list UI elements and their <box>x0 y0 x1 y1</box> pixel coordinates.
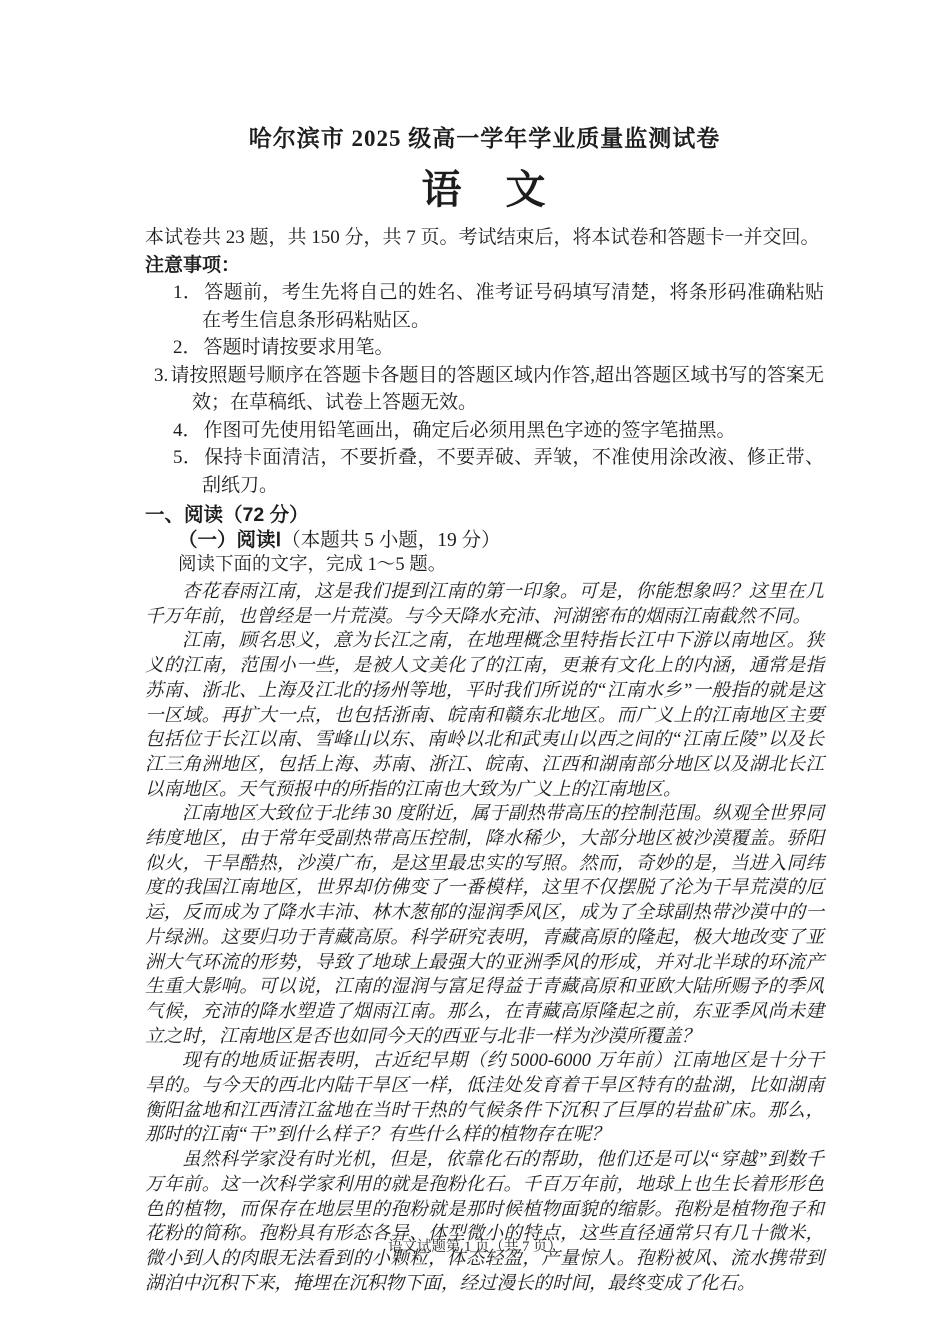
notice-item-3: 3.请按照题号顺序在答题卡各题目的答题区域内作答,超出答题区域书写的答案无效；在… <box>145 362 824 417</box>
passage-paragraph-1: 杏花春雨江南，这是我们提到江南的第一印象。可是，你能想象吗？这里在几千万年前，也… <box>145 580 824 629</box>
section-1-heading: 一、阅读（72 分） <box>145 502 824 528</box>
passage-paragraph-2: 江南，顾名思义，意为长江之南，在地理概念里特指长江中下游以南地区。狭义的江南，范… <box>145 629 824 802</box>
notice-item-2: 2．答题时请按要求用笔。 <box>145 334 824 362</box>
reading-1-heading-rest: （本题共 5 小题，19 分） <box>281 530 500 551</box>
notice-text: 答题时请按要求用笔。 <box>204 337 394 358</box>
notice-item-5: 5．保持卡面清洁，不要折叠，不要弄破、弄皱，不准使用涂改液、修正带、刮纸刀。 <box>145 444 824 499</box>
notice-item-4: 4．作图可先使用铅笔画出，确定后必须用黑色字迹的签字笔描黑。 <box>145 417 824 445</box>
notice-item-1: 1．答题前，考生先将自己的姓名、准考证号码填写清楚，将条形码准确粘贴在考生信息条… <box>145 279 824 334</box>
notice-text: 答题前，考生先将自己的姓名、准考证号码填写清楚，将条形码准确粘贴在考生信息条形码… <box>202 282 824 331</box>
subject-title: 语 文 <box>145 166 824 214</box>
page-footer: 语文试题第 1 页（共 7 页） <box>0 1235 950 1256</box>
passage-paragraph-4: 现有的地质证据表明，古近纪早期（约 5000-6000 万年前）江南地区是十分干… <box>145 1049 824 1148</box>
notice-number: 5． <box>173 447 202 468</box>
notice-text: 作图可先使用铅笔画出，确定后必须用黑色字迹的签字笔描黑。 <box>204 420 736 441</box>
notice-number: 1． <box>173 282 202 303</box>
notice-text: 保持卡面清洁，不要折叠，不要弄破、弄皱，不准使用涂改液、修正带、刮纸刀。 <box>202 447 824 496</box>
notice-number: 2． <box>173 337 202 358</box>
reading-1-heading-bold: （一）阅读Ⅰ <box>178 529 281 551</box>
notice-heading: 注意事项： <box>145 252 824 280</box>
document-title: 哈尔滨市 2025 级高一学年学业质量监测试卷 <box>145 124 824 154</box>
exam-paper-page: 哈尔滨市 2025 级高一学年学业质量监测试卷 语 文 本试卷共 23 题，共 … <box>0 0 950 1344</box>
exam-meta-line: 本试卷共 23 题，共 150 分，共 7 页。考试结束后，将本试卷和答题卡一并… <box>145 224 824 252</box>
reading-instruction: 阅读下面的文字，完成 1～5 题。 <box>145 553 824 578</box>
notice-number: 3. <box>154 365 168 386</box>
passage-paragraph-3: 江南地区大致位于北纬 30 度附近，属于副热带高压的控制范围。纵观全世界同纬度地… <box>145 802 824 1049</box>
reading-passage: 杏花春雨江南，这是我们提到江南的第一印象。可是，你能想象吗？这里在几千万年前，也… <box>145 580 824 1296</box>
passage-paragraph-5: 虽然科学家没有时光机，但是，依靠化石的帮助，他们还是可以“穿越”到数千万年前。这… <box>145 1148 824 1296</box>
reading-1-heading: （一）阅读Ⅰ（本题共 5 小题，19 分） <box>145 528 824 553</box>
notice-number: 4． <box>173 420 202 441</box>
notice-text: 请按照题号顺序在答题卡各题目的答题区域内作答,超出答题区域书写的答案无效；在草稿… <box>170 365 824 414</box>
